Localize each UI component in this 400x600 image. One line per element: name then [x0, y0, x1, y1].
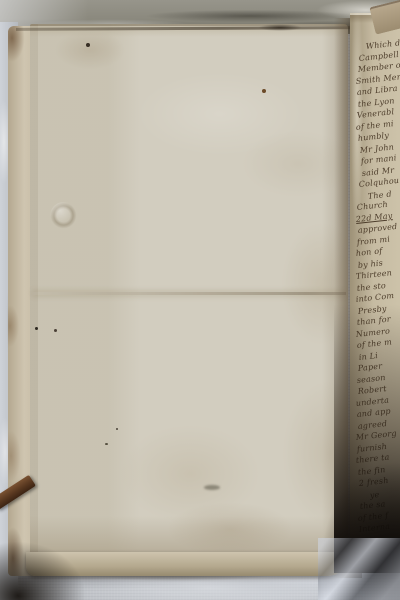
- grey-smudge: [204, 485, 220, 490]
- ink-speck: [116, 428, 118, 430]
- embossed-seal-mark: [50, 202, 77, 229]
- top-right-page-corner: [369, 0, 400, 35]
- book-photograph: Which dayCampbell ofMember ofSmith Meran…: [0, 0, 400, 600]
- bottom-left-shadow: [0, 515, 120, 600]
- ink-speck: [86, 43, 90, 47]
- worm-hole: [35, 327, 38, 330]
- foxing-spot: [262, 89, 266, 93]
- worm-hole: [54, 329, 57, 332]
- cloth-sheen: [318, 538, 400, 600]
- top-edge-smudge: [258, 24, 302, 31]
- ink-speck: [105, 443, 108, 445]
- fold-crease: [32, 292, 346, 295]
